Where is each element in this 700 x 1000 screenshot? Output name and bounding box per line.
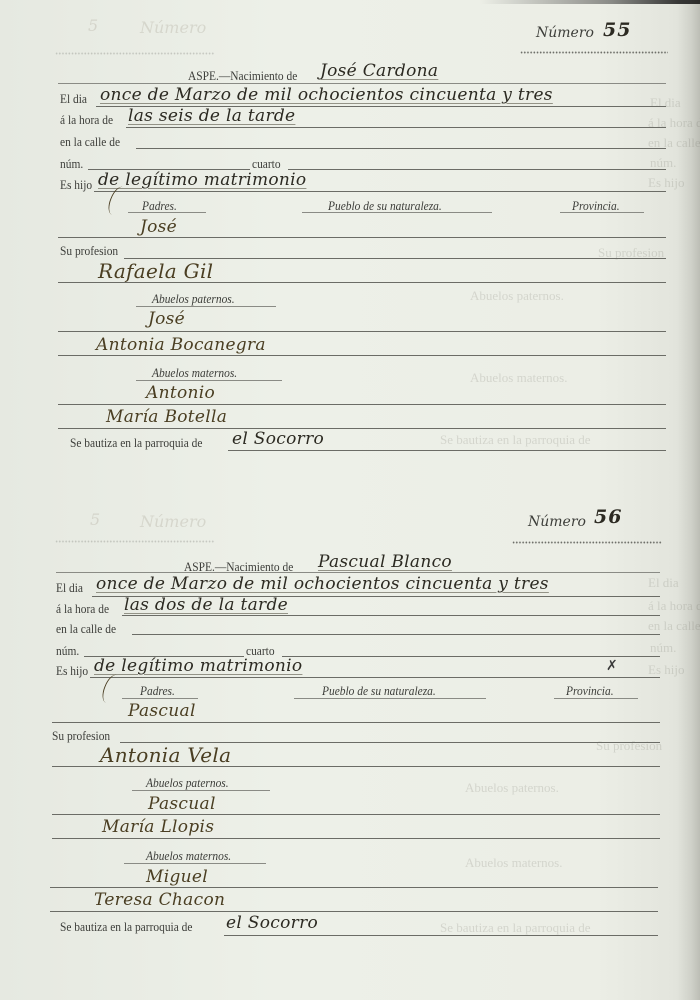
rule [58,83,666,84]
rule [228,450,666,451]
abuelos-paternos-label: Abuelos paternos. [152,292,235,305]
rule [58,404,666,405]
bleed-label: Su profesion [596,738,662,754]
father-name: Pascual [128,702,196,720]
rule [122,698,198,699]
rule [124,863,266,864]
provincia-label: Provincia. [572,199,620,212]
bleed-label: á la hora de [648,598,700,614]
rule [58,355,666,356]
abuelos-maternos-label: Abuelos maternos. [146,849,231,862]
paternal-grandmother: María Llopis [102,818,214,836]
birth-hour: las dos de la tarde [124,596,288,614]
birth-date: once de Marzo de mil ochocientos cincuen… [96,575,549,593]
rule [302,212,492,213]
legitimacy: de legítimo matrimonio [94,657,302,675]
rule [58,282,666,283]
bleed-label: Se bautiza en la parroquia de [440,920,591,936]
provincia-label: Provincia. [566,684,614,697]
record-number: 55 [603,21,631,39]
rule [554,698,638,699]
rule [128,212,206,213]
bleed-label: en la calle de [648,618,700,634]
rule [294,698,486,699]
rule [58,237,666,238]
rule [56,572,660,573]
bleed-dotted-rule [55,52,215,55]
rule [224,935,658,936]
rule [132,790,270,791]
parish-name: el Socorro [226,914,318,932]
bleed-label: Abuelos paternos. [470,288,564,304]
street-field [132,634,660,635]
legitimacy: de legítimo matrimonio [98,171,306,189]
pueblo-label: Pueblo de su naturaleza. [322,684,436,697]
num-label: núm. [56,644,79,657]
numero-label: Número [528,514,586,530]
birth-date: once de Marzo de mil ochocientos cincuen… [100,86,553,104]
rule [50,911,658,912]
child-name: Pascual Blanco [318,553,452,571]
bleed-label: Abuelos maternos. [465,855,562,871]
scan-shadow [480,0,700,4]
bleed-numero: Número [140,18,206,37]
paternal-grandmother: Antonia Bocanegra [96,336,266,354]
parroquia-label: Se bautiza en la parroquia de [70,436,202,449]
rule [122,615,660,616]
maternal-grandmother: María Botella [106,408,227,426]
maternal-grandfather: Miguel [146,868,208,886]
rule [52,838,660,839]
maternal-grandmother: Teresa Chacon [94,891,225,909]
abuelos-maternos-label: Abuelos maternos. [152,366,237,379]
paternal-grandfather: José [148,310,185,328]
hijo-label: Es hijo [56,664,88,677]
padres-label: Padres. [140,684,175,697]
child-name: José Cardona [320,62,438,80]
abuelos-paternos-label: Abuelos paternos. [146,776,229,789]
rule [136,306,276,307]
rule [94,191,666,192]
mother-name: Antonia Vela [100,746,231,764]
bleed-numero-num: 5 [88,16,98,35]
rule [90,677,660,678]
rule [560,212,644,213]
maternal-grandfather: Antonio [146,384,215,402]
dia-label: El dia [60,92,87,105]
rule [52,814,660,815]
bleed-numero-num-2: 5 [90,510,100,529]
bleed-label: Se bautiza en la parroquia de [440,432,591,448]
nacimiento-label: ASPE.—Nacimiento de [188,69,297,82]
calle-label: en la calle de [60,135,120,148]
profesion-label: Su profesion [52,729,110,742]
bleed-label: Es hijo [648,175,684,191]
rule [136,380,282,381]
rule [52,722,660,723]
birth-hour: las seis de la tarde [128,107,295,125]
parish-name: el Socorro [232,430,324,448]
hora-label: á la hora de [56,602,109,615]
register-page: 5 Número 5 Número El dia á la hora de en… [0,0,700,1000]
bleed-label: El dia [648,575,679,591]
bleed-dotted-rule-2 [55,540,215,543]
bleed-label: El dia [650,95,681,111]
rule [50,887,658,888]
bleed-label: Abuelos maternos. [470,370,567,386]
dotted-rule [512,541,662,544]
father-name: José [140,218,177,236]
padres-label: Padres. [142,199,177,212]
pueblo-label: Pueblo de su naturaleza. [328,199,442,212]
margin-mark: ✗ [606,658,618,675]
rule [126,127,666,128]
cuarto-label: cuarto [252,157,281,170]
street-field [136,148,666,149]
dia-label: El dia [56,581,83,594]
bleed-numero-2: Número [140,512,206,531]
bleed-label: Abuelos paternos. [465,780,559,796]
parroquia-label: Se bautiza en la parroquia de [60,920,192,933]
calle-label: en la calle de [56,622,116,635]
bleed-label: á la hora de [648,115,700,131]
profesion-label: Su profesion [60,244,118,257]
rule [58,331,666,332]
mother-name: Rafaela Gil [98,262,213,280]
rule [58,428,666,429]
room-field [282,656,660,657]
paternal-grandfather: Pascual [148,795,216,813]
rule [52,766,660,767]
bleed-label: núm. [650,640,676,656]
hijo-label: Es hijo [60,178,92,191]
bleed-label: Es hijo [648,662,684,678]
record-number: 56 [594,508,622,526]
dotted-rule [520,51,668,54]
room-field [288,169,666,170]
hora-label: á la hora de [60,113,113,126]
num-label: núm. [60,157,83,170]
numero-label: Número [536,25,594,41]
